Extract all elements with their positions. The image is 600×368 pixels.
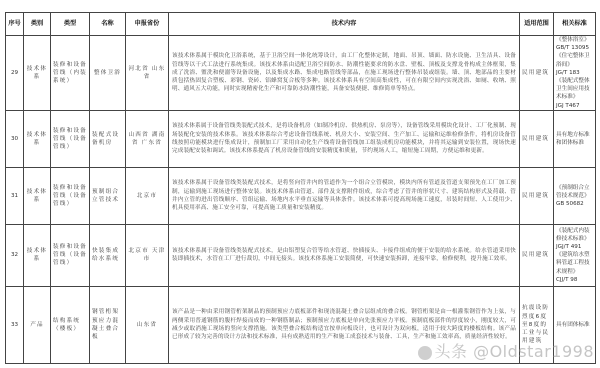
row-standards: 《整体浴室》 GB/T 13095 《住宅整体卫浴间》 JG/T 183 《装配… <box>554 36 596 111</box>
header-standards: 相关标准 <box>554 13 596 36</box>
table-row: 32 技术体系 装修和设备管线（设备管线） 快装集成给水系统 北京市 天津市 该… <box>6 224 596 286</box>
row-provinces: 山东省 <box>126 286 169 363</box>
standard-item: JGJ T467 <box>556 102 593 110</box>
watermark-text: 头条 @Oldstar1998 <box>435 342 595 361</box>
row-serial-no: 30 <box>6 110 24 167</box>
standard-item: JG/T 183 <box>556 69 593 77</box>
technology-catalog-table: 序号 类别 类型 名称 申报省份 技术内容 适用范围 相关标准 29 技术体系 … <box>5 12 596 364</box>
standard-item: 《装配式内装修技术标准》JGJ/T 491 <box>556 227 593 252</box>
header-tech-content: 技术内容 <box>169 13 520 36</box>
row-tech-content: 该技术体系属于设备管线类装配式技术，是由铝塑复合管等给水管道、快插接头、卡接件组… <box>169 224 520 286</box>
row-name: 装配式设备机房 <box>90 110 126 167</box>
row-standards: 《装配式内装修技术标准》JGJ/T 491 《建筑给水塑料管道工程技术规程》 C… <box>554 224 596 286</box>
standard-item: 《住宅整体卫浴间》 <box>556 52 593 68</box>
standards-table-sheet: 序号 类别 类型 名称 申报省份 技术内容 适用范围 相关标准 29 技术体系 … <box>5 12 595 364</box>
header-serial-no: 序号 <box>6 13 24 36</box>
header-scope: 适用范围 <box>520 13 554 36</box>
row-provinces: 北京市 <box>126 167 169 224</box>
watermark-logo-icon <box>418 346 432 360</box>
row-provinces: 山西省 湖南省 广东省 <box>126 110 169 167</box>
standard-item: GB/T 13095 <box>556 44 593 52</box>
standard-item: 具有团体标准 <box>556 321 593 329</box>
header-type: 类型 <box>51 13 90 36</box>
row-scope: 民用建筑 <box>520 110 554 167</box>
row-serial-no: 33 <box>6 286 24 363</box>
row-serial-no: 32 <box>6 224 24 286</box>
row-category: 技术体系 <box>24 167 51 224</box>
row-standards: 《预制组合立管技术规范》GB 50682 <box>554 167 596 224</box>
row-serial-no: 29 <box>6 36 24 111</box>
row-scope: 民用建筑 <box>520 36 554 111</box>
table-row: 30 技术体系 装修和设备管线（设备管线） 装配式设备机房 山西省 湖南省 广东… <box>6 110 596 167</box>
row-name: 预制组合立管技术 <box>90 167 126 224</box>
row-provinces: 北京市 天津市 <box>126 224 169 286</box>
standard-item: 《装配式整体卫生间应用技术标准》 <box>556 77 593 102</box>
header-name: 名称 <box>90 13 126 36</box>
row-tech-content: 该技术体系属于设备管线类装配式技术，是将设备机房（如制冷机房、供热机房、泵房等）… <box>169 110 520 167</box>
row-tech-content: 该技术体系属于模块化卫浴系统，基于卫浴空间一体化统筹设计，由工厂化整体定制，地面… <box>169 36 520 111</box>
row-scope: 民用建筑 <box>520 167 554 224</box>
row-type: 装修和设备管线（设备管线） <box>51 167 90 224</box>
standard-item: 具有地方标准和团体标准 <box>556 131 593 147</box>
row-type: 装修和设备管线（设备管线） <box>51 110 90 167</box>
standard-item: 《建筑给水塑料管道工程技术规程》 <box>556 251 593 276</box>
header-provinces: 申报省份 <box>126 13 169 36</box>
row-category: 技术体系 <box>24 224 51 286</box>
row-type: 装修和设备管线（内装系统） <box>51 36 90 111</box>
row-category: 技术体系 <box>24 36 51 111</box>
row-name: 整体卫浴 <box>90 36 126 111</box>
row-scope: 民用建筑 <box>520 224 554 286</box>
table-header-row: 序号 类别 类型 名称 申报省份 技术内容 适用范围 相关标准 <box>6 13 596 36</box>
row-provinces: 河北省 山东省 <box>126 36 169 111</box>
watermark: 头条 @Oldstar1998 <box>418 339 595 362</box>
header-category: 类别 <box>24 13 51 36</box>
row-name: 快装集成给水系统 <box>90 224 126 286</box>
row-standards: 具有地方标准和团体标准 <box>554 110 596 167</box>
row-type: 结构系统（楼板） <box>51 286 90 363</box>
table-row: 29 技术体系 装修和设备管线（内装系统） 整体卫浴 河北省 山东省 该技术体系… <box>6 36 596 111</box>
table-row: 31 技术体系 装修和设备管线（设备管线） 预制组合立管技术 北京市 该技术体系… <box>6 167 596 224</box>
row-name: 钢管桁架预应力混凝土叠合板 <box>90 286 126 363</box>
row-serial-no: 31 <box>6 167 24 224</box>
row-category: 技术体系 <box>24 110 51 167</box>
row-tech-content: 该技术体系属于设备管线类装配式技术，是将竖向管井内的管道作为一个组合立管模块，模… <box>169 167 520 224</box>
standard-item: CJJ/T 98 <box>556 276 593 284</box>
standard-item: 《预制组合立管技术规范》GB 50682 <box>556 184 593 209</box>
row-category: 产品 <box>24 286 51 363</box>
standard-item: 《整体浴室》 <box>556 36 593 44</box>
row-type: 装修和设备管线（设备管线） <box>51 224 90 286</box>
